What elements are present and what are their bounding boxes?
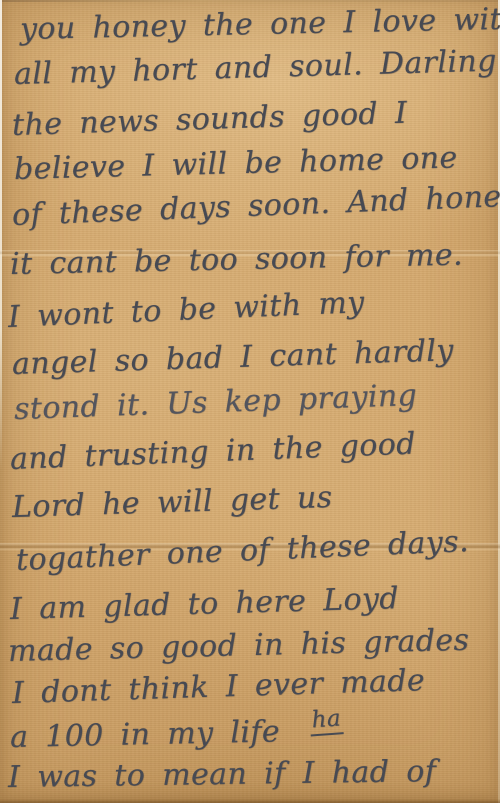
letter-line-15: I dont think I ever made bbox=[11, 663, 425, 711]
letter-annotation-ha: ha bbox=[309, 705, 344, 736]
letter-line-11: Lord he will get us bbox=[11, 480, 332, 525]
letter-page: you honey the one I love with all my hor… bbox=[0, 0, 500, 803]
letter-line-9: stond it. Us kep praying bbox=[13, 378, 417, 427]
letter-line-10: and trusting in the good bbox=[9, 426, 416, 477]
scan-edge-top bbox=[0, 0, 500, 2]
scan-edge-bottom bbox=[0, 799, 500, 803]
letter-line-8: angel so bad I cant hardly bbox=[11, 333, 454, 382]
letter-line-1: you honey the one I love with bbox=[20, 1, 500, 46]
letter-line-16: a 100 in my lifeha bbox=[10, 713, 344, 756]
letter-line-4: believe I will be home one bbox=[14, 140, 458, 187]
letter-line-16-text: a 100 in my life bbox=[10, 714, 281, 755]
letter-line-2: all my hort and soul. Darling bbox=[14, 44, 498, 92]
letter-line-7: I wont to be with my bbox=[7, 285, 365, 335]
letter-line-13: I am glad to here Loyd bbox=[10, 581, 400, 627]
scan-edge-left bbox=[0, 0, 2, 470]
letter-line-3: the news sounds good I bbox=[11, 96, 407, 143]
letter-line-14: made so good in his grades bbox=[8, 623, 470, 669]
letter-line-17: I was to mean if I had of bbox=[8, 754, 437, 795]
letter-line-6: it cant be too soon for me. bbox=[10, 238, 464, 282]
letter-line-12: togather one of these days. bbox=[15, 524, 469, 578]
letter-line-5: of these days soon. And honey bbox=[11, 179, 500, 233]
